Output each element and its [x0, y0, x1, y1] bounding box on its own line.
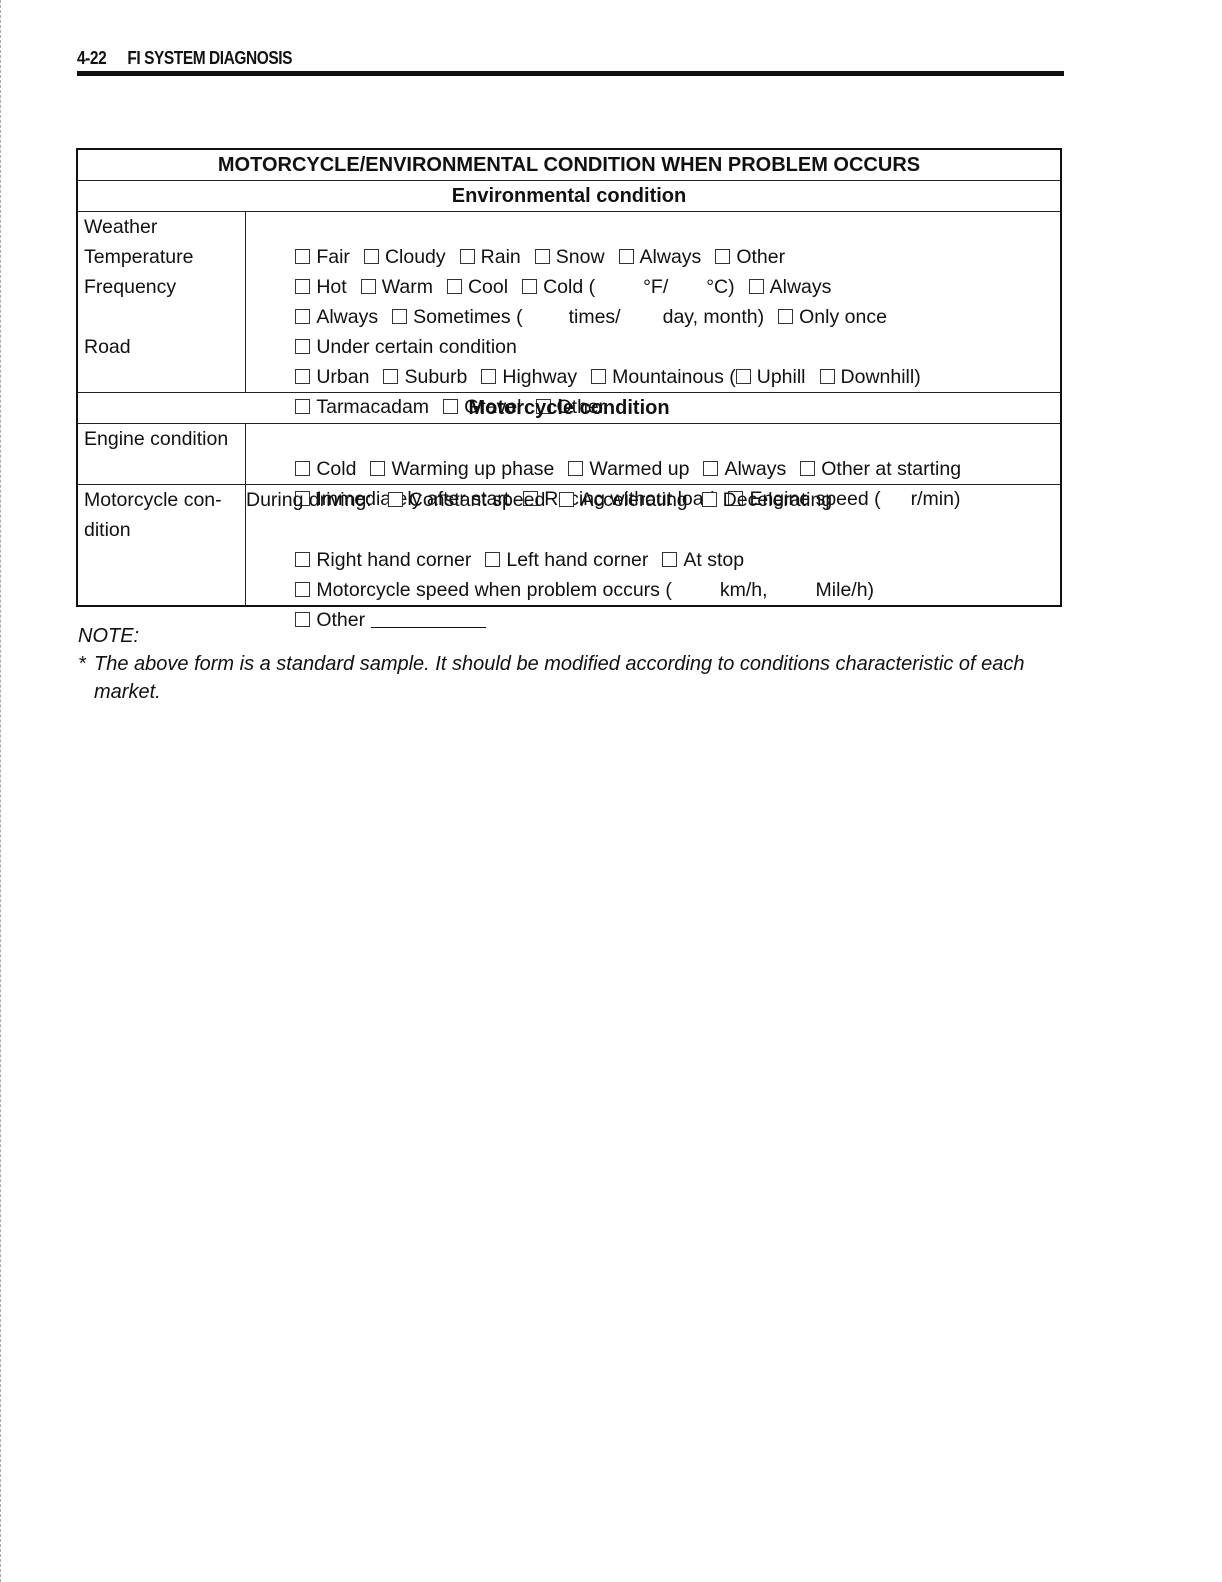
spacer	[84, 362, 239, 392]
checkbox-icon[interactable]	[736, 369, 751, 384]
temperature-option[interactable]: Warm	[361, 276, 433, 298]
page-edge	[0, 0, 3, 1582]
road-downhill-option[interactable]: Downhill)	[820, 366, 921, 388]
weather-option[interactable]: Always	[619, 246, 702, 268]
checkbox-icon[interactable]	[662, 552, 677, 567]
checkbox-icon[interactable]	[295, 582, 310, 597]
spacer	[84, 575, 239, 605]
road-label: Road	[84, 332, 239, 362]
checkbox-icon[interactable]	[715, 249, 730, 264]
checkbox-icon[interactable]	[295, 249, 310, 264]
note-text-continued: market.	[78, 678, 1078, 706]
corner-option[interactable]: Right hand corner	[295, 549, 471, 571]
environmental-heading: Environmental condition	[77, 181, 1061, 212]
frequency-only-once-option[interactable]: Only once	[778, 306, 887, 328]
checkbox-icon[interactable]	[535, 249, 550, 264]
weather-options: FairCloudyRainSnowAlwaysOther	[252, 212, 1054, 242]
weather-option[interactable]: Other	[715, 246, 785, 268]
kmh-unit: km/h,	[720, 579, 768, 601]
checkbox-icon[interactable]	[295, 279, 310, 294]
motorcycle-condition-label-cell: Motorcycle con- dition	[77, 485, 246, 607]
road-mountainous-option[interactable]: Mountainous (	[591, 366, 736, 388]
times-label: times/	[569, 306, 621, 328]
corner-options: Right hand cornerLeft hand cornerAt stop	[252, 515, 1054, 545]
engine-condition-options: ColdWarming up phaseWarmed upAlwaysOther…	[246, 424, 1062, 485]
temperature-always-option[interactable]: Always	[749, 276, 832, 298]
checkbox-icon[interactable]	[383, 369, 398, 384]
frequency-sometimes-option[interactable]: Sometimes (	[392, 306, 522, 328]
period-label: day, month)	[663, 306, 765, 328]
environmental-options: FairCloudyRainSnowAlwaysOther HotWarmCoo…	[246, 212, 1062, 393]
spacer	[84, 545, 239, 575]
temperature-option[interactable]: Hot	[295, 276, 346, 298]
checkbox-icon[interactable]	[364, 249, 379, 264]
header-rule	[77, 71, 1064, 76]
checkbox-icon[interactable]	[295, 339, 310, 354]
page-number: 4-22	[77, 48, 106, 68]
checkbox-icon[interactable]	[485, 552, 500, 567]
frequency-label: Frequency	[84, 272, 239, 302]
frequency-under-condition-option[interactable]: Under certain condition	[295, 336, 517, 358]
motorcycle-heading: Motorcycle condition	[77, 393, 1061, 424]
engine-condition-label-cell: Engine condition	[77, 424, 246, 485]
checkbox-icon[interactable]	[295, 309, 310, 324]
engine-condition-label: Engine condition	[84, 424, 239, 454]
note-text: *The above form is a standard sample. It…	[78, 650, 1078, 678]
road-surface-option[interactable]: Tarmacadam	[295, 396, 429, 418]
engine-option[interactable]: Always	[703, 458, 786, 480]
checkbox-icon[interactable]	[522, 279, 537, 294]
checkbox-icon[interactable]	[361, 279, 376, 294]
driving-option[interactable]: Accelerating	[559, 489, 687, 511]
weather-label: Weather	[84, 212, 239, 242]
spacer	[84, 302, 239, 332]
checkbox-icon[interactable]	[800, 461, 815, 476]
rpm-unit: r/min)	[911, 488, 961, 510]
checkbox-icon[interactable]	[820, 369, 835, 384]
checkbox-icon[interactable]	[481, 369, 496, 384]
road-option[interactable]: Urban	[295, 366, 369, 388]
road-uphill-option[interactable]: Uphill	[736, 366, 806, 388]
weather-option[interactable]: Snow	[535, 246, 605, 268]
motorcycle-condition-label-2: dition	[84, 515, 239, 545]
checkbox-icon[interactable]	[443, 399, 458, 414]
weather-option[interactable]: Fair	[295, 246, 350, 268]
form-title: MOTORCYCLE/ENVIRONMENTAL CONDITION WHEN …	[77, 149, 1061, 181]
note-heading: NOTE:	[78, 622, 1078, 650]
checkbox-icon[interactable]	[749, 279, 764, 294]
unit-f: °F/	[643, 276, 668, 298]
corner-option[interactable]: Left hand corner	[485, 549, 648, 571]
road-option[interactable]: Highway	[481, 366, 577, 388]
unit-c: °C)	[706, 276, 734, 298]
environmental-labels: Weather Temperature Frequency Road	[77, 212, 246, 393]
checkbox-icon[interactable]	[447, 279, 462, 294]
temperature-label: Temperature	[84, 242, 239, 272]
engine-option[interactable]: Warmed up	[568, 458, 689, 480]
checkbox-icon[interactable]	[778, 309, 793, 324]
section-title: FI SYSTEM DIAGNOSIS	[127, 48, 292, 68]
driving-option[interactable]: Constant speed	[388, 489, 546, 511]
engine-option[interactable]: Warming up phase	[370, 458, 554, 480]
checkbox-icon[interactable]	[619, 249, 634, 264]
during-driving-label: During driving:	[246, 489, 372, 511]
checkbox-icon[interactable]	[295, 461, 310, 476]
condition-form: MOTORCYCLE/ENVIRONMENTAL CONDITION WHEN …	[76, 148, 1062, 607]
weather-option[interactable]: Rain	[460, 246, 521, 268]
note-block: NOTE: *The above form is a standard samp…	[78, 622, 1078, 706]
driving-option[interactable]: Decelerating	[702, 489, 832, 511]
checkbox-icon[interactable]	[392, 309, 407, 324]
temperature-option[interactable]: Cool	[447, 276, 508, 298]
engine-option[interactable]: Cold	[295, 458, 356, 480]
checkbox-icon[interactable]	[370, 461, 385, 476]
speed-option[interactable]: Motorcycle speed when problem occurs (	[295, 579, 672, 601]
weather-option[interactable]: Cloudy	[364, 246, 446, 268]
checkbox-icon[interactable]	[295, 552, 310, 567]
checkbox-icon[interactable]	[295, 369, 310, 384]
checkbox-icon[interactable]	[591, 369, 606, 384]
checkbox-icon[interactable]	[703, 461, 718, 476]
checkbox-icon[interactable]	[388, 492, 403, 507]
temperature-cold-option[interactable]: Cold (	[522, 276, 595, 298]
road-option[interactable]: Suburb	[383, 366, 467, 388]
checkbox-icon[interactable]	[559, 492, 574, 507]
checkbox-icon[interactable]	[702, 492, 717, 507]
engine-options: ColdWarming up phaseWarmed upAlwaysOther…	[252, 424, 1054, 454]
corner-option[interactable]: At stop	[662, 549, 744, 571]
engine-option[interactable]: Other at starting	[800, 458, 961, 480]
note-bullet: *	[78, 650, 94, 678]
frequency-always-option[interactable]: Always	[295, 306, 378, 328]
checkbox-icon[interactable]	[295, 399, 310, 414]
checkbox-icon[interactable]	[460, 249, 475, 264]
motorcycle-condition-label: Motorcycle con-	[84, 485, 239, 515]
mph-unit: Mile/h)	[816, 579, 875, 601]
checkbox-icon[interactable]	[568, 461, 583, 476]
page-header: 4-22 FI SYSTEM DIAGNOSIS	[77, 48, 292, 69]
